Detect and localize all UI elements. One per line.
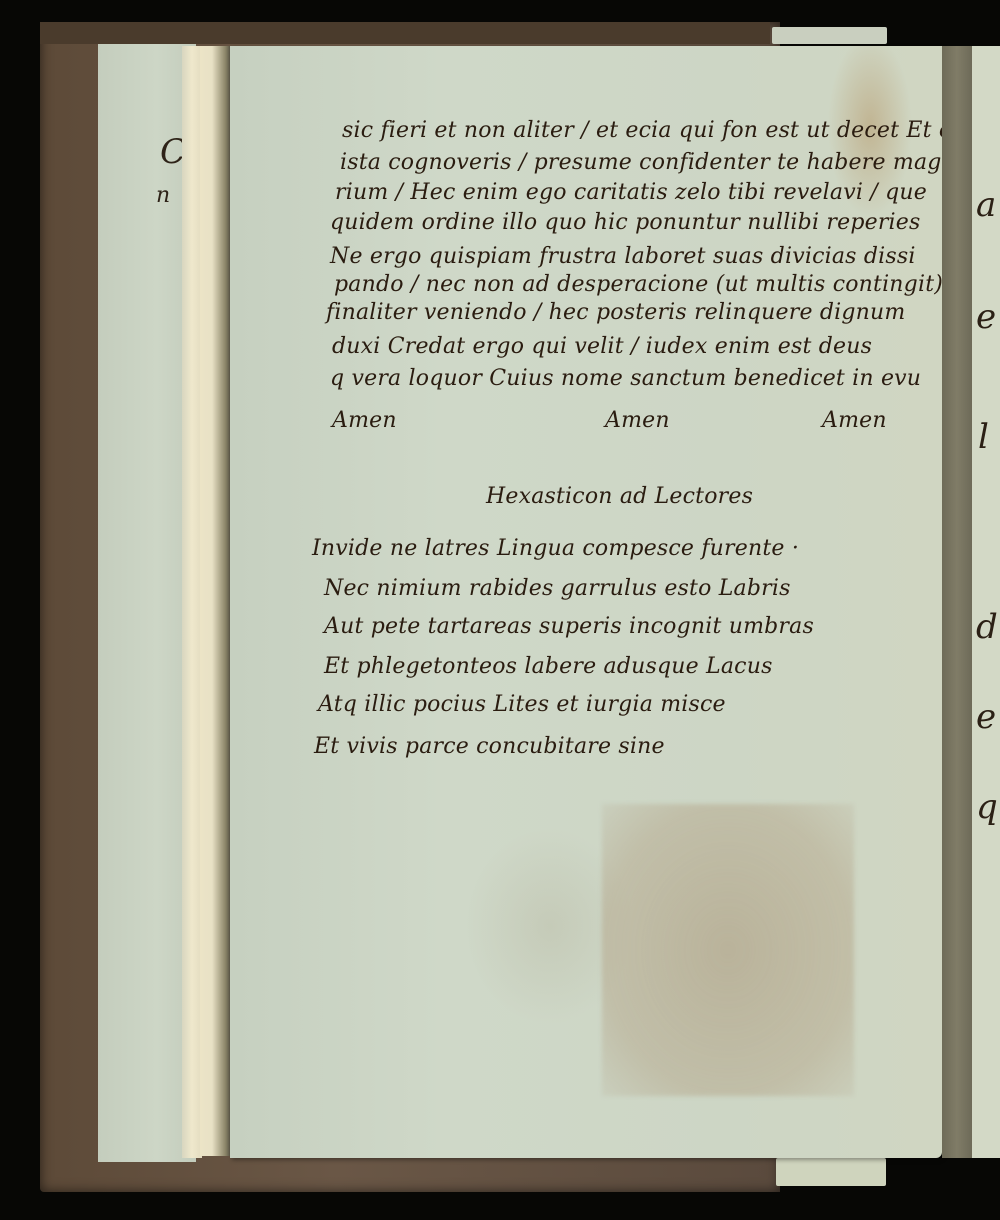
verse-line-5: Atq illic pocius Lites et iurgia misce [318,692,726,717]
prose-line-1: sic fieri et non aliter / et ecia qui fo… [342,118,966,143]
prose-line-2: ista cognoveris / presume confidenter te… [340,150,990,175]
amen-2: Amen [605,408,670,433]
ink-bleed-stain [602,804,854,1096]
prose-line-3: rium / Hec enim ego caritatis zelo tibi … [335,180,927,205]
prose-line-5: Ne ergo quispiam frustra laboret suas di… [330,244,916,269]
facing-glyph: d [976,610,998,644]
verse-line-4: Et phlegetonteos labere adusque Lacus [324,654,773,679]
page-tab-bottom [776,1158,886,1186]
binding-top-edge [40,22,770,44]
book-gutter [942,46,972,1158]
facing-glyph: a [976,188,996,222]
prose-line-9: q vera loquor Cuius nome sanctum benedic… [330,366,921,391]
verse-line-6: Et vivis parce concubitare sine [314,734,665,759]
amen-3: Amen [822,408,887,433]
verse-line-2: Nec nimium rabides garrulus esto Labris [324,576,791,601]
verse-line-3: Aut pete tartareas superis incognit umbr… [324,614,814,639]
page-edge [182,46,202,1158]
amen-1: Amen [332,408,397,433]
prose-line-8: duxi Credat ergo qui velit / iudex enim … [332,334,872,359]
facing-glyph: l [978,420,989,454]
page-tab-top [772,27,887,44]
verse-line-1: Invide ne latres Lingua compesce furente… [312,536,799,561]
facing-glyph: e [976,300,996,334]
facing-glyph: e [976,700,996,734]
page-edge-inner [200,46,230,1156]
prose-line-4: quidem ordine illo quo hic ponuntur null… [330,210,920,235]
margin-mark-n: n [156,183,170,208]
prose-line-7: finaliter veniendo / hec posteris relinq… [326,300,905,325]
facing-glyph: q [976,790,998,824]
verse-heading: Hexasticon ad Lectores [486,484,753,509]
prose-line-6: pando / nec non ad desperacione (ut mult… [334,272,943,297]
